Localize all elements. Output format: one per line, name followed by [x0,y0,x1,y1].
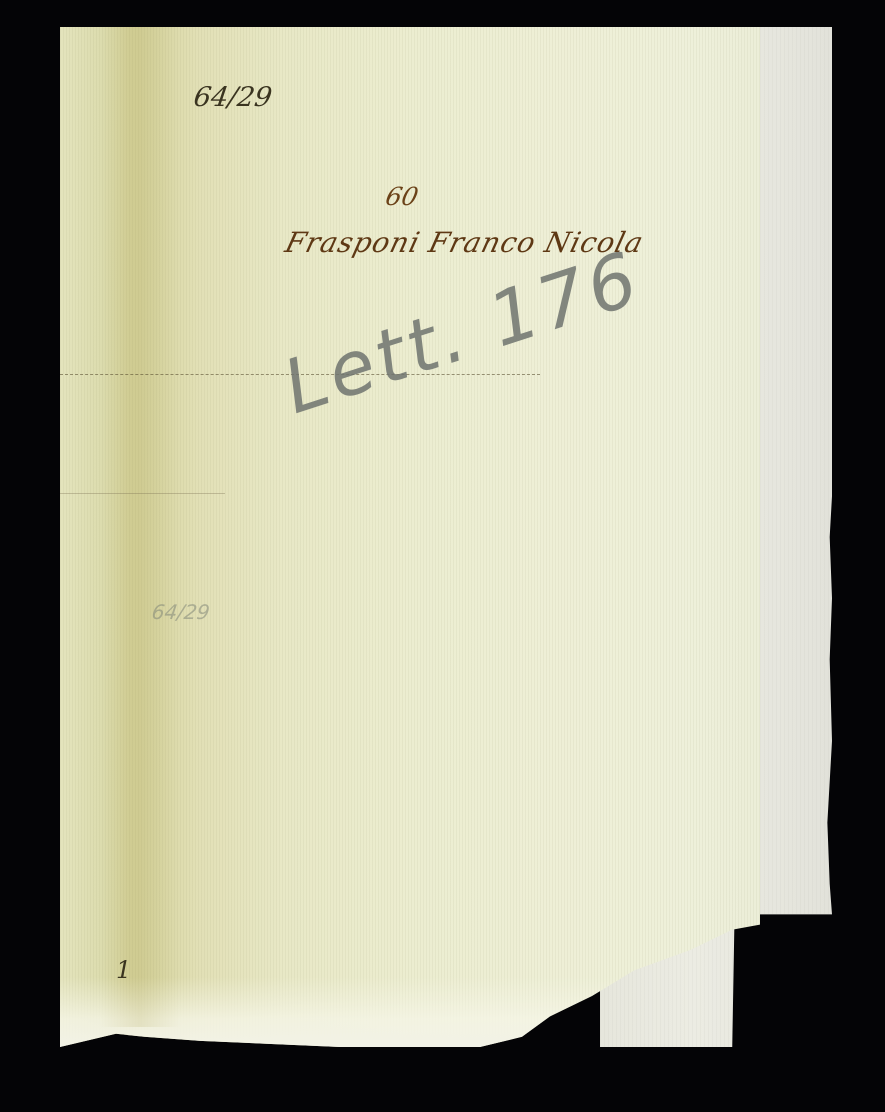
fold-crease-lower [60,493,225,495]
archive-reference-top: 64/29 [192,82,274,113]
item-number: 60 [383,182,421,211]
water-stain [100,27,180,1027]
page-number: 1 [116,956,131,984]
archive-reference-faint: 64/29 [150,600,211,624]
